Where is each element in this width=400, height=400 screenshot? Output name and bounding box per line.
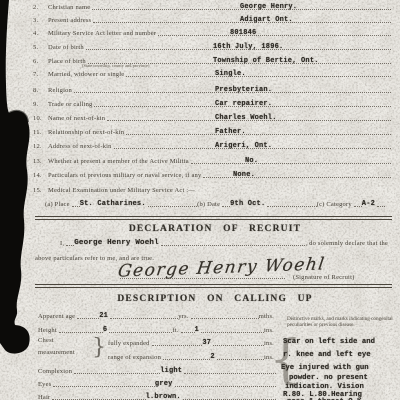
dotted-leader — [148, 204, 197, 207]
row-value: 801846 — [230, 29, 256, 37]
form-row-next-of-kin-relationship: 11. Relationship of next-of-kin Father. — [33, 127, 391, 136]
distinctive-marks-header: Distinctive marks, and marks indicating … — [287, 316, 395, 329]
dotted-leader — [152, 343, 203, 346]
row-value: George Henry. — [240, 3, 297, 11]
row-number: 12. — [33, 143, 48, 150]
form-row-religion: 8. Religion Presbyterian. — [33, 85, 391, 94]
row-number: 3. — [33, 17, 48, 24]
row-label: Medical Examination under Military Servi… — [48, 187, 197, 194]
form-row-date-of-birth: 5. Date of birth 16th July, 1896. — [33, 42, 391, 51]
row-value: Arigeri, Ont. — [215, 142, 272, 150]
dotted-leader — [377, 204, 385, 207]
dotted-leader — [267, 204, 316, 207]
place-label: (a) Place — [45, 201, 72, 208]
row-label: Religion — [48, 87, 74, 94]
row-label: Military Service Act letter and number — [48, 30, 158, 37]
row-label: Present address — [48, 17, 93, 24]
signature-label: (Signature of Recruit) — [293, 274, 354, 281]
row-number: 4. — [33, 30, 48, 37]
dotted-leader — [203, 175, 391, 178]
dotted-leader — [213, 343, 264, 346]
row-label: Whether at present a member of the Activ… — [48, 158, 191, 165]
dotted-leader — [66, 243, 74, 246]
form-row-medical-examination: 15. Medical Examination under Military S… — [33, 185, 391, 194]
height-label: Height — [38, 327, 59, 334]
dotted-leader — [59, 330, 103, 333]
section-divider-line — [35, 219, 392, 220]
date-label: (b) Date — [197, 201, 222, 208]
complexion-label: Complexion — [38, 368, 74, 375]
row-number: 2. — [33, 4, 48, 11]
eyes-row: Eyes grey — [38, 379, 276, 388]
complexion-row: Complexion light — [38, 366, 276, 375]
row-number: 10. — [33, 115, 48, 122]
form-row-previous-service: 14. Particulars of previous military or … — [33, 170, 391, 179]
dotted-leader — [126, 132, 391, 135]
dotted-leader — [191, 161, 391, 164]
age-unit-mths: mths. — [259, 313, 276, 320]
section-divider-line — [35, 284, 392, 285]
dotted-leader — [175, 384, 276, 387]
feet-unit-label: ft. — [172, 327, 180, 334]
dotted-leader — [74, 371, 160, 374]
dotted-leader — [109, 330, 172, 333]
place-of-birth-note: (State township, county and province) — [82, 63, 150, 68]
medical-exam-line: (a) Place St. Catharines. (b) Date 9th O… — [45, 199, 385, 208]
form-row-next-of-kin-name: 10. Name of next-of-kin Charles Woehl. — [33, 113, 391, 122]
dotted-leader — [217, 357, 264, 360]
chest-brace-glyph: } — [92, 335, 106, 360]
dotted-leader — [158, 33, 391, 36]
form-row-msa-number: 4. Military Service Act letter and numbe… — [33, 28, 391, 37]
section-divider-line — [35, 216, 392, 217]
dotted-leader — [53, 384, 154, 387]
row-value: None. — [233, 171, 255, 179]
row-number: 5. — [33, 44, 48, 51]
medical-category-value: A-2 — [362, 200, 377, 208]
dotted-leader — [181, 330, 195, 333]
row-label: Address of next-of-kin — [48, 143, 114, 150]
dotted-leader — [110, 316, 178, 319]
row-number: 14. — [33, 172, 48, 179]
hair-row: Hair l.brown. — [38, 392, 276, 400]
age-value: 21 — [99, 312, 110, 320]
medical-date-value: 9th Oct. — [230, 200, 267, 208]
row-number: 7. — [33, 71, 48, 78]
row-number: 9. — [33, 101, 48, 108]
declaration-title: DECLARATION OF RECRUIT — [35, 224, 395, 234]
height-row: Height 6 ft. 1 ins. — [38, 325, 276, 334]
medical-place-value: St. Catharines. — [80, 200, 148, 208]
scanned-attestation-document: 2. Christian name George Henry. 3. Prese… — [0, 0, 400, 400]
complexion-value: light — [160, 367, 184, 375]
row-label: Christian name — [48, 4, 92, 11]
row-value: Single. — [215, 70, 246, 78]
chest-label-line2: measurement — [38, 349, 75, 356]
signature-dotted-line — [120, 278, 285, 279]
dotted-leader — [126, 74, 391, 77]
marks-line: r. knee and left eye — [283, 351, 371, 359]
chest-expansion-label: range of expansion — [108, 354, 163, 361]
row-label: Relationship of next-of-kin — [48, 129, 126, 136]
row-label: Date of birth — [48, 44, 86, 51]
declaration-suffix: , do solemnly declare that the — [305, 240, 390, 247]
hair-label: Hair — [38, 394, 52, 400]
dotted-leader — [163, 357, 210, 360]
row-value: Township of Bertie, Ont. — [213, 57, 319, 65]
row-value: No. — [245, 157, 258, 165]
dotted-leader — [201, 330, 264, 333]
form-row-christian-name: 2. Christian name George Henry. — [33, 2, 391, 11]
age-label: Apparent age — [38, 313, 77, 320]
row-value: Adigart Ont. — [240, 16, 293, 24]
chest-expanded-label: fully expanded — [108, 340, 152, 347]
chest-expanded-row: fully expanded 37 ins. — [108, 338, 276, 347]
row-number: 8. — [33, 87, 48, 94]
form-row-next-of-kin-address: 12. Address of next-of-kin Arigeri, Ont. — [33, 141, 391, 150]
dotted-leader — [354, 204, 362, 207]
form-row-marital-status: 7. Married, widower or single Single. — [33, 69, 391, 78]
form-row-trade: 9. Trade or calling Car repairer. — [33, 99, 391, 108]
declaration-intro-line: I, George Henry Woehl , do solemnly decl… — [60, 238, 390, 247]
row-number: 11. — [33, 129, 48, 136]
description-title: DESCRIPTION ON CALLING UP — [35, 294, 395, 304]
marks-line: Eye injured with gun — [281, 364, 369, 372]
row-value: Presbyterian. — [215, 86, 272, 94]
category-label: (c) Category — [317, 201, 354, 208]
row-number: 6. — [33, 58, 48, 65]
declaration-typed-name: George Henry Woehl — [74, 239, 161, 247]
row-label: Married, widower or single — [48, 71, 126, 78]
chest-expansion-row: range of expansion 2 ins. — [108, 352, 276, 361]
row-value: Car repairer. — [215, 100, 272, 108]
marks-line: indication. Vision — [285, 383, 364, 391]
form-row-active-militia: 13. Whether at present a member of the A… — [33, 156, 391, 165]
dotted-leader — [72, 204, 80, 207]
dotted-leader — [77, 316, 99, 319]
dotted-leader — [161, 243, 306, 246]
chest-label-line1: Chest — [38, 337, 54, 344]
eyes-value: grey — [155, 380, 175, 388]
section-divider-line — [35, 287, 392, 288]
apparent-age-row: Apparent age 21 yrs. mths. — [38, 311, 276, 320]
dotted-leader — [191, 316, 259, 319]
dotted-leader — [222, 204, 230, 207]
row-number: 13. — [33, 158, 48, 165]
dotted-leader — [184, 371, 276, 374]
hair-value: l.brown. — [146, 393, 183, 400]
marks-line: Scar on left side and — [283, 338, 375, 346]
marks-line: powder. no present — [289, 374, 368, 382]
form-row-present-address: 3. Present address Adigart Ont. — [33, 15, 391, 24]
row-number: 15. — [33, 187, 48, 194]
age-unit-yrs: yrs. — [178, 313, 190, 320]
row-value: 16th July, 1896. — [213, 43, 283, 51]
row-value: Father. — [215, 128, 246, 136]
chest-expanded-value: 37 — [202, 339, 213, 347]
row-value: Charles Woehl. — [215, 114, 277, 122]
row-label: Particulars of previous military or nava… — [48, 172, 203, 179]
eyes-label: Eyes — [38, 381, 53, 388]
row-label: Trade or calling — [48, 101, 94, 108]
row-label: Name of next-of-kin — [48, 115, 107, 122]
